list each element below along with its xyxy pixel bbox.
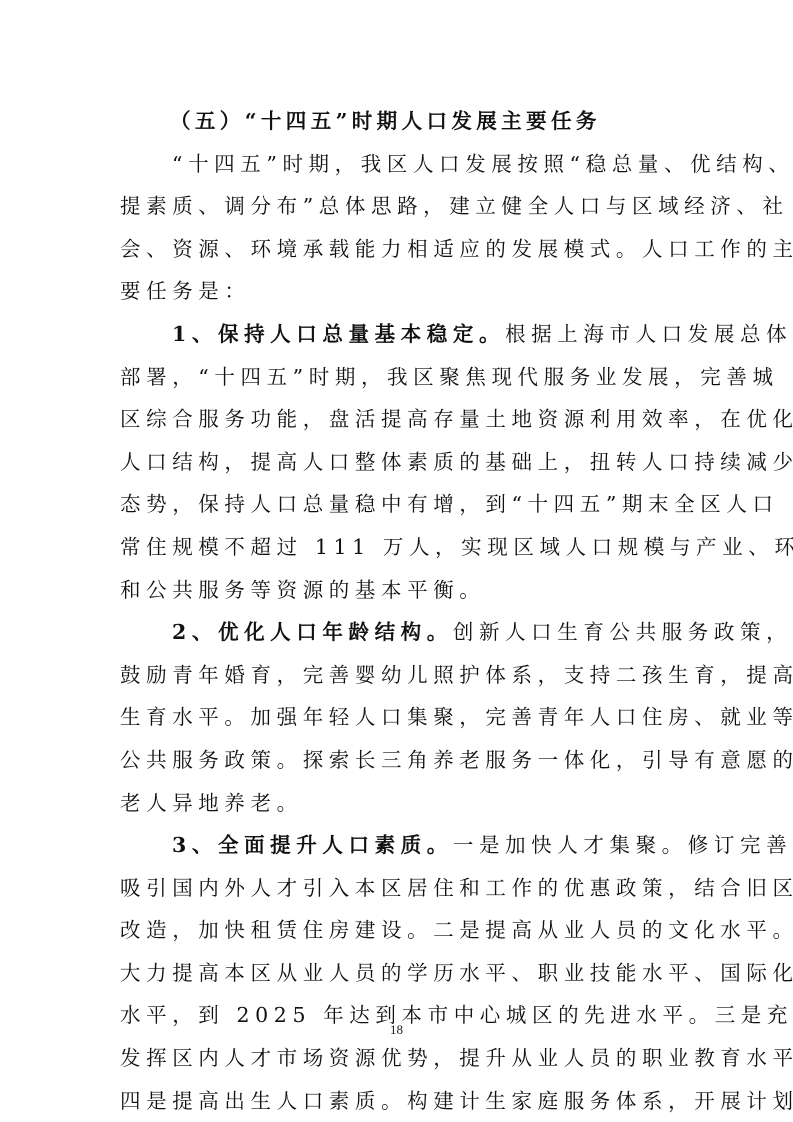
task-1-line: 和公共服务等资源的基本平衡。 [120,569,676,612]
task-3-line: 大力提高本区从业人员的学历水平、职业技能水平、国际化 [120,952,676,995]
intro-line: 提素质、调分布”总体思路，建立健全人口与区域经济、社 [120,185,676,228]
task-3-line: 改造，加快租赁住房建设。二是提高从业人员的文化水平。 [120,909,676,952]
task-2-title: 2、优化人口年龄结构。 [172,620,453,644]
task-1-first-line: 1、保持人口总量基本稳定。根据上海市人口发展总体 [120,313,676,356]
task-2-line: 老人异地养老。 [120,782,676,825]
task-3-line: 吸引国内外人才引入本区居住和工作的优惠政策，结合旧区 [120,867,676,910]
task-3-title: 3、全面提升人口素质。 [172,833,453,857]
task-2-line: 鼓励青年婚育，完善婴幼儿照护体系，支持二孩生育，提高 [120,654,676,697]
task-3-line: 发挥区内人才市场资源优势，提升从业人员的职业教育水平。 [120,1037,676,1080]
task-1-text: 根据上海市人口发展总体 [505,322,792,346]
intro-line: 会、资源、环境承载能力相适应的发展模式。人口工作的主 [120,228,676,271]
task-2-line: 公共服务政策。探索长三角养老服务一体化，引导有意愿的 [120,739,676,782]
task-2-text: 创新人口生育公共服务政策， [453,620,792,644]
intro-line: 要任务是： [120,270,676,313]
intro-line: “十四五”时期，我区人口发展按照“稳总量、优结构、 [120,143,676,186]
task-1-line: 部署，“十四五”时期，我区聚焦现代服务业发展，完善城 [120,356,676,399]
task-2-line: 生育水平。加强年轻人口集聚，完善青年人口住房、就业等 [120,696,676,739]
document-page: （五）“十四五”时期人口发展主要任务 “十四五”时期，我区人口发展按照“稳总量、… [120,100,676,1122]
task-1-title: 1、保持人口总量基本稳定。 [172,322,505,346]
task-1-line: 人口结构，提高人口整体素质的基础上，扭转人口持续减少 [120,441,676,484]
task-1-line: 态势，保持人口总量稳中有增，到“十四五”期末全区人口 [120,483,676,526]
task-1-line: 常住规模不超过 111 万人，实现区域人口规模与产业、环境 [120,526,676,569]
task-1-line: 区综合服务功能，盘活提高存量土地资源利用效率，在优化 [120,398,676,441]
task-3-text: 一是加快人才集聚。修订完善 [453,833,792,857]
task-3-line: 四是提高出生人口素质。构建计生家庭服务体系，开展计划 [120,1080,676,1122]
section-heading: （五）“十四五”时期人口发展主要任务 [120,100,676,143]
task-2-first-line: 2、优化人口年龄结构。创新人口生育公共服务政策， [120,611,676,654]
page-number: 18 [0,1022,793,1038]
task-3-first-line: 3、全面提升人口素质。一是加快人才集聚。修订完善 [120,824,676,867]
